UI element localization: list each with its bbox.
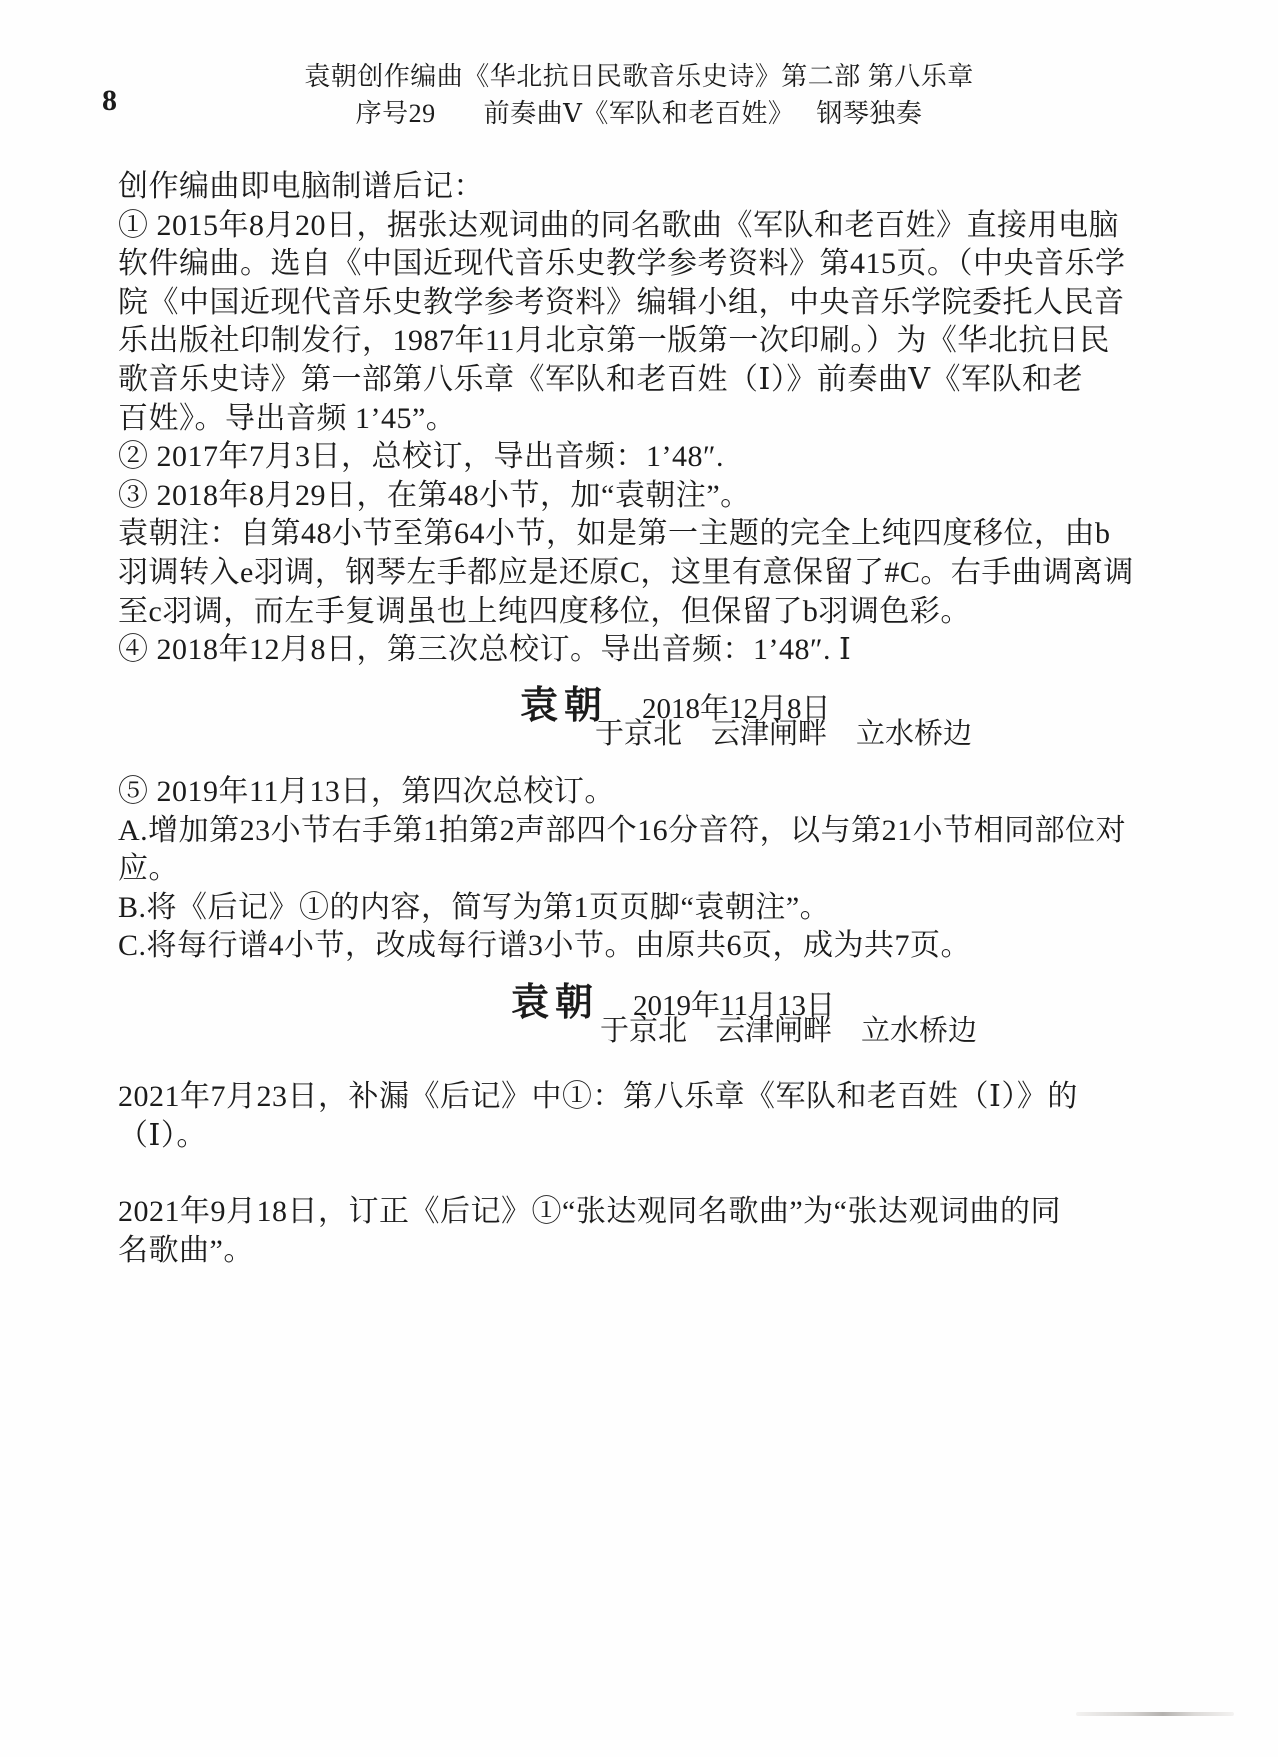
postscript-section: 创作编曲即电脑制谱后记： ① 2015年8月20日，据张达观词曲的同名歌曲《军队…: [118, 168, 1178, 670]
instrument-label: 钢琴独奏: [816, 95, 922, 132]
addendum-2021-september-section: 2021年9月18日，订正《后记》①“张达观同名歌曲”为“张达观词曲的同 名歌曲…: [118, 1193, 1178, 1270]
text-line: 百姓》。导出音频 1’45”。: [118, 400, 1178, 439]
text-line: 乐出版社印制发行，1987年11月北京第一版第一次印刷。）为《华北抗日民: [118, 322, 1178, 361]
signature-block-2018: 袁朝2018年12月8日 于京北 云津闸畔 立水桥边: [0, 674, 1278, 753]
text-line: ② 2017年7月3日，总校订，导出音频：1’48″.: [118, 438, 1178, 477]
revision-2019-section: ⑤ 2019年11月13日，第四次总校订。 A.增加第23小节右手第1拍第2声部…: [118, 773, 1178, 966]
text-line: 2021年9月18日，订正《后记》①“张达观同名歌曲”为“张达观词曲的同: [118, 1193, 1178, 1232]
prelude-title: 前奏曲Ⅴ《军队和老百姓》: [484, 95, 795, 132]
document-page: 8 袁朝创作编曲《华北抗日民歌音乐史诗》第二部 第八乐章 序号29 前奏曲Ⅴ《军…: [0, 0, 1278, 1757]
text-line: 院《中国近现代音乐史教学参考资料》编辑小组，中央音乐学院委托人民音: [118, 284, 1178, 323]
text-line: 名歌曲”。: [118, 1232, 1178, 1271]
signature-line: 袁朝2018年12月8日: [0, 674, 1278, 714]
signature-block-2019: 袁朝2019年11月13日 于京北 云津闸畔 立水桥边: [0, 971, 1278, 1050]
text-line: ④ 2018年12月8日，第三次总校订。导出音频：1’48″. Ⅰ: [118, 631, 1178, 670]
text-line: A.增加第23小节右手第1拍第2声部四个16分音符，以与第21小节相同部位对: [118, 812, 1178, 851]
header-title-line: 袁朝创作编曲《华北抗日民歌音乐史诗》第二部 第八乐章: [0, 58, 1278, 95]
text-line: ⑤ 2019年11月13日，第四次总校订。: [118, 773, 1178, 812]
text-line: ③ 2018年8月29日，在第48小节，加“袁朝注”。: [118, 477, 1178, 516]
author-signature: 袁朝: [511, 982, 599, 1024]
text-line: C.将每行谱4小节，改成每行谱3小节。由原共6页，成为共7页。: [118, 927, 1178, 966]
text-line: B.将《后记》①的内容，简写为第1页页脚“袁朝注”。: [118, 889, 1178, 928]
text-line: 应。: [118, 850, 1178, 889]
text-line: 羽调转入e羽调，钢琴左手都应是还原C，这里有意保留了#C。右手曲调离调: [118, 554, 1178, 593]
text-line: 2021年7月23日，补漏《后记》中①：第八乐章《军队和老百姓（Ⅰ）》的: [118, 1078, 1178, 1117]
text-line: ① 2015年8月20日，据张达观词曲的同名歌曲《军队和老百姓》直接用电脑: [118, 207, 1178, 246]
text-line: 歌音乐史诗》第一部第八乐章《军队和老百姓（Ⅰ）》前奏曲Ⅴ《军队和老: [118, 361, 1178, 400]
running-header: 袁朝创作编曲《华北抗日民歌音乐史诗》第二部 第八乐章 序号29 前奏曲Ⅴ《军队和…: [0, 58, 1278, 132]
addendum-2021-july-section: 2021年7月23日，补漏《后记》中①：第八乐章《军队和老百姓（Ⅰ）》的 （Ⅰ）…: [118, 1078, 1178, 1155]
scan-artifact: [1076, 1712, 1234, 1716]
serial-number: 序号29: [356, 95, 436, 132]
signature-line: 袁朝2019年11月13日: [0, 971, 1278, 1011]
signature-place: 于京北 云津闸畔 立水桥边: [0, 1012, 1278, 1050]
text-line: （Ⅰ）。: [118, 1117, 1178, 1156]
text-line: 至c羽调，而左手复调虽也上纯四度移位，但保留了b羽调色彩。: [118, 593, 1178, 632]
text-line: 创作编曲即电脑制谱后记：: [118, 168, 1178, 207]
header-subtitle-line: 序号29 前奏曲Ⅴ《军队和老百姓》 钢琴独奏: [0, 95, 1278, 132]
text-line: 袁朝注：自第48小节至第64小节，如是第一主题的完全上纯四度移位，由b: [118, 515, 1178, 554]
signature-place: 于京北 云津闸畔 立水桥边: [0, 715, 1278, 753]
text-line: 软件编曲。选自《中国近现代音乐史教学参考资料》第415页。（中央音乐学: [118, 245, 1178, 284]
